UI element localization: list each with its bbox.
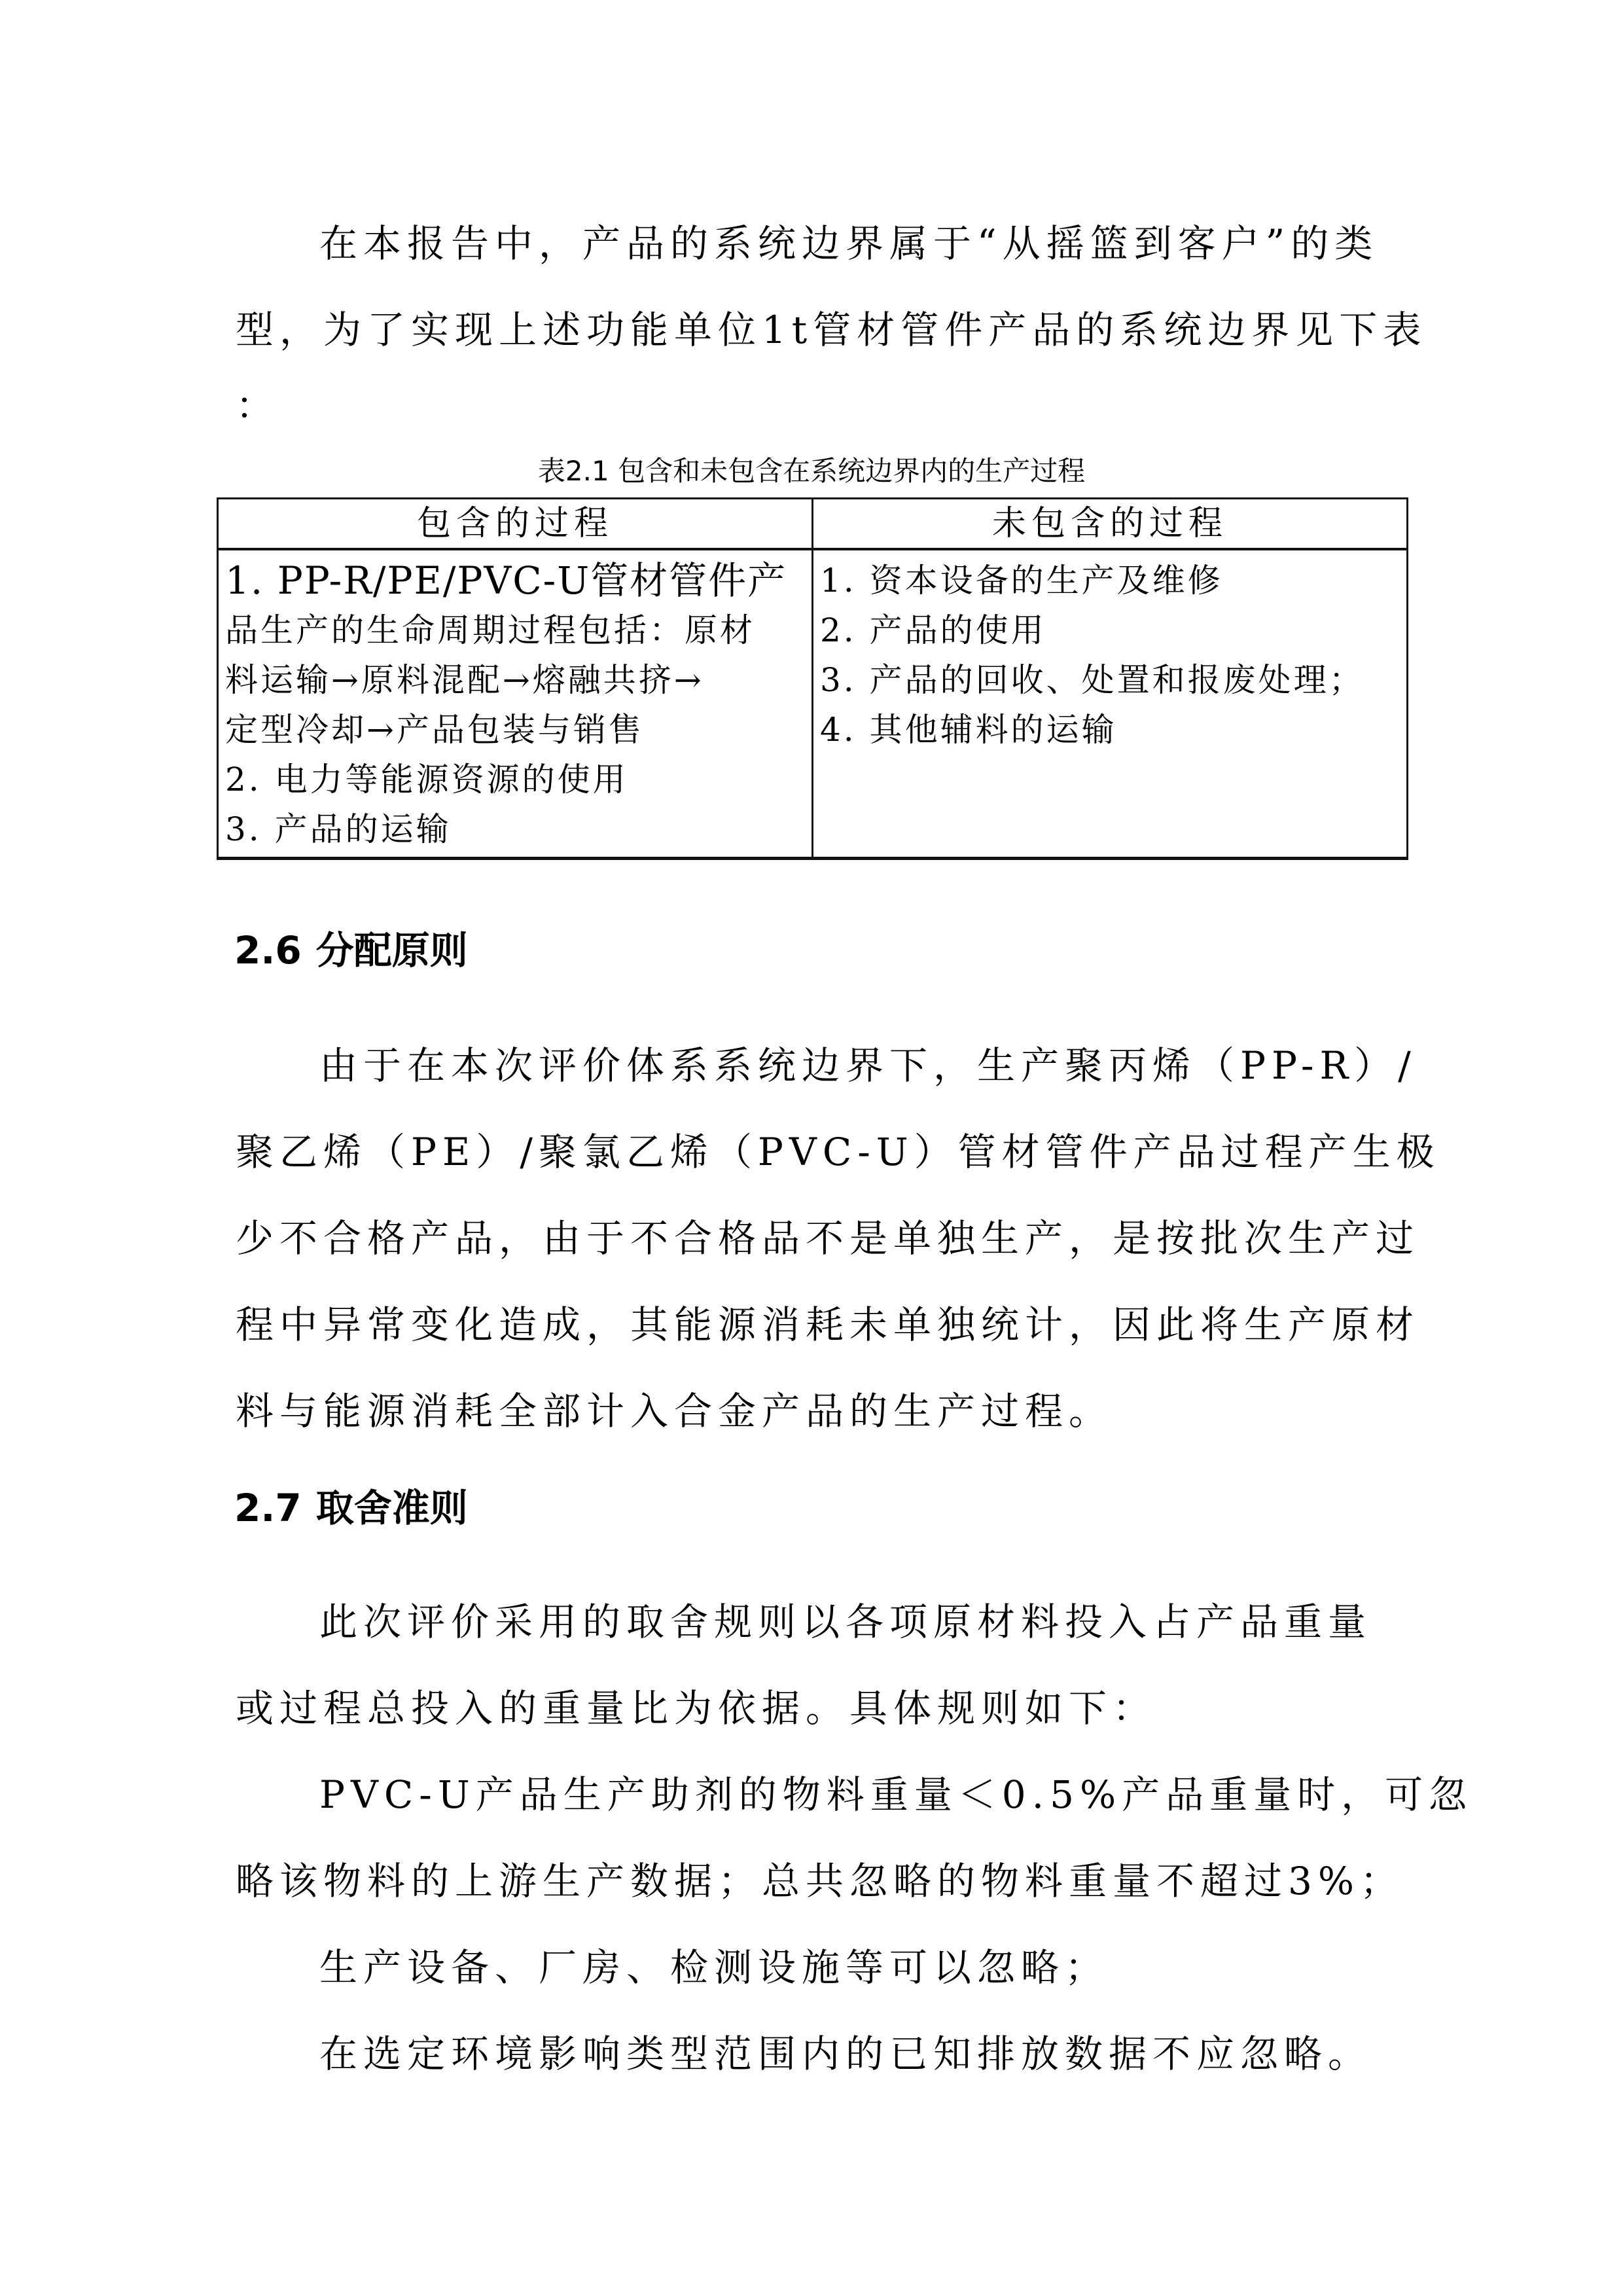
included-item-1-cont-c: 定型冷却→产品包装与销售 [225,705,805,755]
included-item-1: 1. PP-R/PE/PVC-U管材管件产 [225,556,805,605]
excluded-item-3: 3. 产品的回收、处置和报废处理； [820,655,1400,705]
excluded-item-2: 2. 产品的使用 [820,605,1400,655]
cutoff-rule-1-line-2: 略该物料的上游生产数据；总共忽略的物料重量不超过3%； [236,1838,1407,1924]
cutoff-rule-2: 生产设备、厂房、检测设施等可以忽略； [236,1924,1407,2011]
section-heading-2-6: 2.6分配原则 [234,924,468,977]
included-processes-cell: 1. PP-R/PE/PVC-U管材管件产 品生产的生命周期过程包括：原材 料运… [218,549,813,859]
table-caption: 表2.1 包含和未包含在系统边界内的生产过程 [216,452,1407,491]
allocation-paragraph: 由于在本次评价体系系统边界下，生产聚丙烯（PP-R）/ 聚乙烯（PE）/聚氯乙烯… [236,1022,1407,1454]
included-item-1-cont-a: 品生产的生命周期过程包括：原材 [225,605,805,655]
section-number: 2.6 [234,928,302,973]
excluded-item-1: 1. 资本设备的生产及维修 [820,556,1400,605]
included-item-1-cont-b: 料运输→原料混配→熔融共挤→ [225,655,805,705]
cutoff-line-2: 或过程总投入的重量比为依据。具体规则如下： [236,1665,1407,1751]
cutoff-line-1: 此次评价采用的取舍规则以各项原材料投入占产品重量 [236,1579,1407,1665]
system-boundary-table: 包含的过程 未包含的过程 1. PP-R/PE/PVC-U管材管件产 品生产的生… [217,497,1408,860]
table-header-row: 包含的过程 未包含的过程 [218,499,1408,550]
allocation-line-3: 少不合格产品，由于不合格品不是单独生产，是按批次生产过 [236,1195,1407,1282]
included-item-2: 2. 电力等能源资源的使用 [225,755,805,804]
cutoff-paragraph: 此次评价采用的取舍规则以各项原材料投入占产品重量 或过程总投入的重量比为依据。具… [236,1579,1407,2097]
excluded-processes-cell: 1. 资本设备的生产及维修 2. 产品的使用 3. 产品的回收、处置和报废处理；… [813,549,1408,859]
cutoff-rule-3: 在选定环境影响类型范围内的已知排放数据不应忽略。 [236,2011,1407,2097]
allocation-line-5: 料与能源消耗全部计入合金产品的生产过程。 [236,1368,1407,1454]
section-heading-2-7: 2.7取舍准则 [234,1482,468,1534]
intro-paragraph: 在本报告中，产品的系统边界属于“从摇篮到客户”的类 型，为了实现上述功能单位1t… [236,200,1407,439]
header-included: 包含的过程 [218,499,813,550]
section-number: 2.7 [234,1486,302,1530]
intro-line-3: ： [236,373,1407,439]
section-title: 取舍准则 [316,1486,468,1530]
intro-line-2: 型，为了实现上述功能单位1t管材管件产品的系统边界见下表 [236,287,1407,373]
allocation-line-2: 聚乙烯（PE）/聚氯乙烯（PVC-U）管材管件产品过程产生极 [236,1109,1407,1195]
section-title: 分配原则 [316,928,468,973]
included-item-3: 3. 产品的运输 [225,804,805,854]
intro-line-1: 在本报告中，产品的系统边界属于“从摇篮到客户”的类 [236,200,1407,287]
allocation-line-1: 由于在本次评价体系系统边界下，生产聚丙烯（PP-R）/ [236,1022,1407,1109]
cutoff-rule-1-line-1: PVC-U产品生产助剂的物料重量＜0.5%产品重量时，可忽 [236,1751,1407,1838]
allocation-line-4: 程中异常变化造成，其能源消耗未单独统计，因此将生产原材 [236,1282,1407,1368]
excluded-item-4: 4. 其他辅料的运输 [820,705,1400,755]
table-row: 1. PP-R/PE/PVC-U管材管件产 品生产的生命周期过程包括：原材 料运… [218,549,1408,859]
header-excluded: 未包含的过程 [813,499,1408,550]
